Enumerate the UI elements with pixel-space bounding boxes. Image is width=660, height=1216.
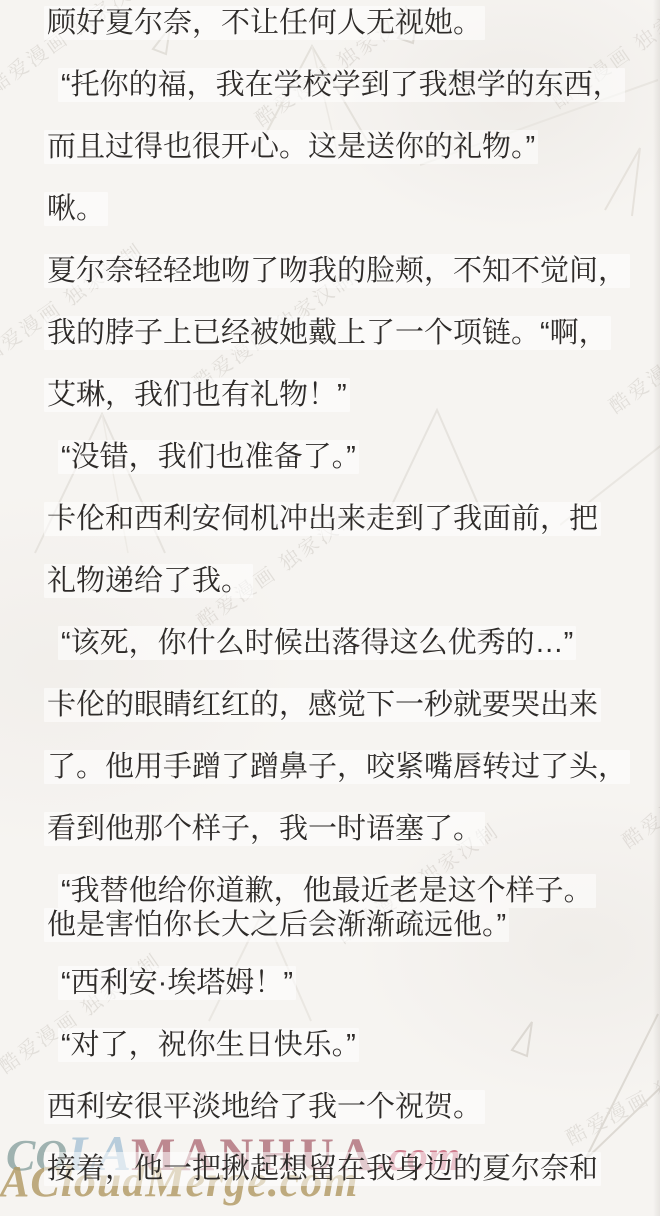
story-line-text: 而且过得也很开心。这是送你的礼物。” — [44, 130, 538, 164]
story-line: 卡伦和西利安伺机冲出来走到了我面前，把 — [44, 502, 660, 536]
story-line: 了。他用手蹭了蹭鼻子，咬紧嘴唇转过了头， — [44, 750, 660, 784]
story-line-text: 卡伦和西利安伺机冲出来走到了我面前，把 — [44, 502, 601, 536]
story-line-text: 西利安很平淡地给了我一个祝贺。 — [44, 1090, 485, 1124]
story-line-text: 接着，他一把揪起想留在我身边的夏尔奈和 — [44, 1152, 601, 1186]
story-line: 礼物递给了我。 — [44, 564, 660, 598]
story-line: “该死，你什么时候出落得这么优秀的…” — [44, 626, 660, 660]
story-line-text: 卡伦的眼睛红红的，感觉下一秒就要哭出来 — [44, 688, 601, 722]
story-line: “对了，祝你生日快乐。” — [44, 1028, 660, 1062]
story-line-text: “对了，祝你生日快乐。” — [58, 1028, 359, 1062]
scan-edge-shadow — [653, 0, 660, 1216]
story-line: 啾。 — [44, 192, 660, 226]
story-line: “我替他给你道歉，他最近老是这个样子。 — [44, 874, 660, 908]
story-line: 接着，他一把揪起想留在我身边的夏尔奈和 — [44, 1152, 660, 1186]
story-line-text: 了。他用手蹭了蹭鼻子，咬紧嘴唇转过了头， — [44, 750, 630, 784]
story-line: 我的脖子上已经被她戴上了一个项链。“啊， — [44, 316, 660, 350]
story-line: 夏尔奈轻轻地吻了吻我的脸颊，不知不觉间， — [44, 254, 660, 288]
story-line: 顾好夏尔奈，不让任何人无视她。 — [44, 6, 660, 40]
story-line-text: 啾。 — [44, 192, 108, 226]
story-line-text: 礼物递给了我。 — [44, 564, 253, 598]
story-line: 卡伦的眼睛红红的，感觉下一秒就要哭出来 — [44, 688, 660, 722]
story-line-text: 夏尔奈轻轻地吻了吻我的脸颊，不知不觉间， — [44, 254, 630, 288]
story-line-text: 我的脖子上已经被她戴上了一个项链。“啊， — [44, 316, 611, 350]
story-line: 看到他那个样子，我一时语塞了。 — [44, 812, 660, 846]
story-line-text: 顾好夏尔奈，不让任何人无视她。 — [44, 6, 485, 40]
story-line-text: “我替他给你道歉，他最近老是这个样子。 — [58, 874, 596, 908]
comic-text-page: 酷爱漫画 独家汉制 酷爱漫画 独家汉制 酷爱漫画 独家汉制 酷爱漫画 独家汉制 … — [0, 0, 660, 1216]
story-line-text: “托你的福，我在学校学到了我想学的东西， — [58, 68, 625, 102]
story-line-text: “该死，你什么时候出落得这么优秀的…” — [58, 626, 576, 660]
story-line: 而且过得也很开心。这是送你的礼物。” — [44, 130, 660, 164]
story-line: 艾琳，我们也有礼物！” — [44, 378, 660, 412]
story-text-block: 顾好夏尔奈，不让任何人无视她。 “托你的福，我在学校学到了我想学的东西， 而且过… — [0, 0, 660, 1214]
story-line: 他是害怕你长大之后会渐渐疏远他。” — [44, 908, 660, 942]
story-line-text: “西利安·埃塔姆！” — [58, 966, 296, 1000]
story-line: “西利安·埃塔姆！” — [44, 966, 660, 1000]
story-line: “没错，我们也准备了。” — [44, 440, 660, 474]
story-line-text: 艾琳，我们也有礼物！” — [44, 378, 350, 412]
story-line: “托你的福，我在学校学到了我想学的东西， — [44, 68, 660, 102]
story-line-text: 看到他那个样子，我一时语塞了。 — [44, 812, 485, 846]
story-line-text: 他是害怕你长大之后会渐渐疏远他。” — [44, 908, 509, 942]
story-line-text: “没错，我们也准备了。” — [58, 440, 359, 474]
story-line: 西利安很平淡地给了我一个祝贺。 — [44, 1090, 660, 1124]
